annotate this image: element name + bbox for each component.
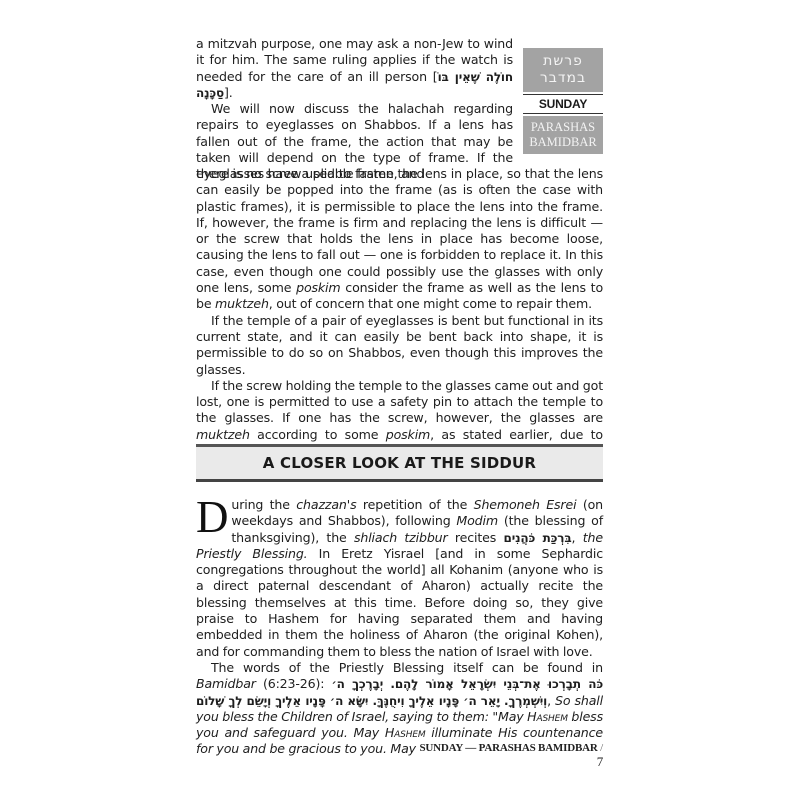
sidebox-english-title: PARASHAS BAMIDBAR [523,116,603,154]
footer-separator: / [600,742,603,754]
parashah-sidebox: פרשת במדבר SUNDAY PARASHAS BAMIDBAR [523,48,603,154]
sidebox-rule-bottom [523,113,603,114]
sidebox-hebrew-title: פרשת במדבר [523,48,603,92]
page-footer: SUNDAY — PARASHAS BAMIDBAR / 7 [413,742,603,770]
sidebox-day-label: SUNDAY [523,95,603,113]
sidebox-english-line1: PARASHAS [531,120,595,135]
sidebox-hebrew-line1: פרשת [543,53,583,70]
section-header-rule-bottom [196,479,603,482]
page-number: 7 [597,754,603,769]
book-page: פרשת במדבר SUNDAY PARASHAS BAMIDBAR a mi… [0,0,800,800]
paragraph-watch-ruling: a mitzvah purpose, one may ask a non-Jew… [196,36,513,101]
paragraph-lens-repair: there is no screw used to fasten the len… [196,166,603,313]
top-text-wide-column: there is no screw used to fasten the len… [196,166,603,476]
sidebox-english-line2: BAMIDBAR [529,135,596,150]
paragraph-bent-temple: If the temple of a pair of eyeglasses is… [196,313,603,378]
section-header-title: A CLOSER LOOK AT THE SIDDUR [196,447,603,479]
top-text-narrow-column: a mitzvah purpose, one may ask a non-Jew… [196,36,513,183]
sidebox-hebrew-line2: במדבר [540,70,586,87]
hebrew-phrase-birkas-kohanim: בִּרְכַּת כֹּהֲנִים [503,531,571,545]
paragraph-priestly-blessing-intro: During the chazzan's repetition of the S… [196,497,603,660]
siddur-section-text: During the chazzan's repetition of the S… [196,497,603,758]
drop-cap: D [196,500,228,532]
running-head: SUNDAY — PARASHAS BAMIDBAR [420,742,598,754]
section-header: A CLOSER LOOK AT THE SIDDUR [196,444,603,482]
